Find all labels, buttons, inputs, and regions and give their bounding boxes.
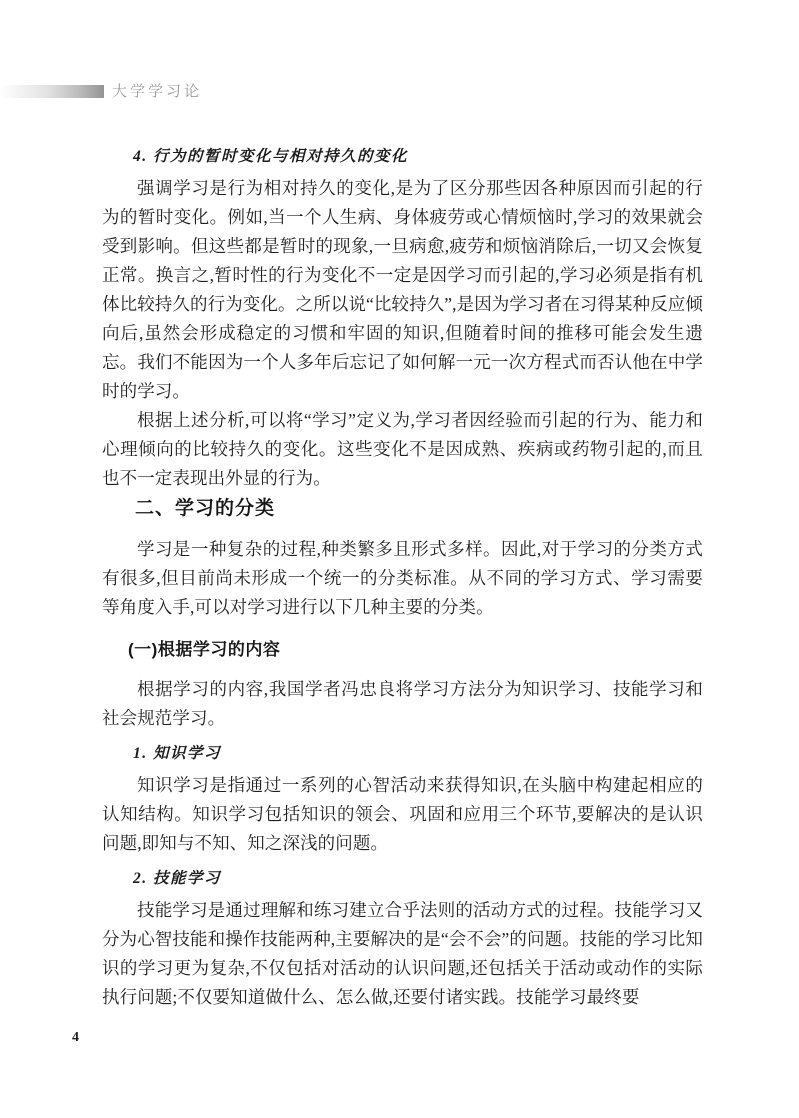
page-content: 4. 行为的暂时变化与相对持久的变化 强调学习是行为相对持久的变化,是为了区分那… <box>102 0 703 1012</box>
paragraph: 根据上述分析,可以将“学习”定义为,学习者因经验而引起的行为、能力和心理倾向的比… <box>102 406 703 493</box>
paragraph: 知识学习是指通过一系列的心智活动来获得知识,在头脑中构建起相应的认知结构。知识学… <box>102 771 703 858</box>
numbered-subheading-1: 1. 知识学习 <box>102 743 703 765</box>
paragraph: 强调学习是行为相对持久的变化,是为了区分那些因各种原因而引起的行为的暂时变化。例… <box>102 174 703 406</box>
subsection-heading-1: (一)根据学习的内容 <box>102 638 703 662</box>
book-page: 大学学习论 4. 行为的暂时变化与相对持久的变化 强调学习是行为相对持久的变化,… <box>0 0 799 1118</box>
paragraph: 技能学习是通过理解和练习建立合乎法则的活动方式的过程。技能学习又分为心智技能和操… <box>102 896 703 1012</box>
paragraph: 根据学习的内容,我国学者冯忠良将学习方法分为知识学习、技能学习和社会规范学习。 <box>102 675 703 733</box>
header-gradient-bar <box>0 85 104 98</box>
paragraph: 学习是一种复杂的过程,种类繁多且形式多样。因此,对于学习的分类方式有很多,但目前… <box>102 535 703 622</box>
section-heading-2: 二、学习的分类 <box>102 496 703 522</box>
numbered-subheading-4: 4. 行为的暂时变化与相对持久的变化 <box>102 146 703 168</box>
page-number: 4 <box>72 1030 79 1046</box>
numbered-subheading-2: 2. 技能学习 <box>102 868 703 890</box>
